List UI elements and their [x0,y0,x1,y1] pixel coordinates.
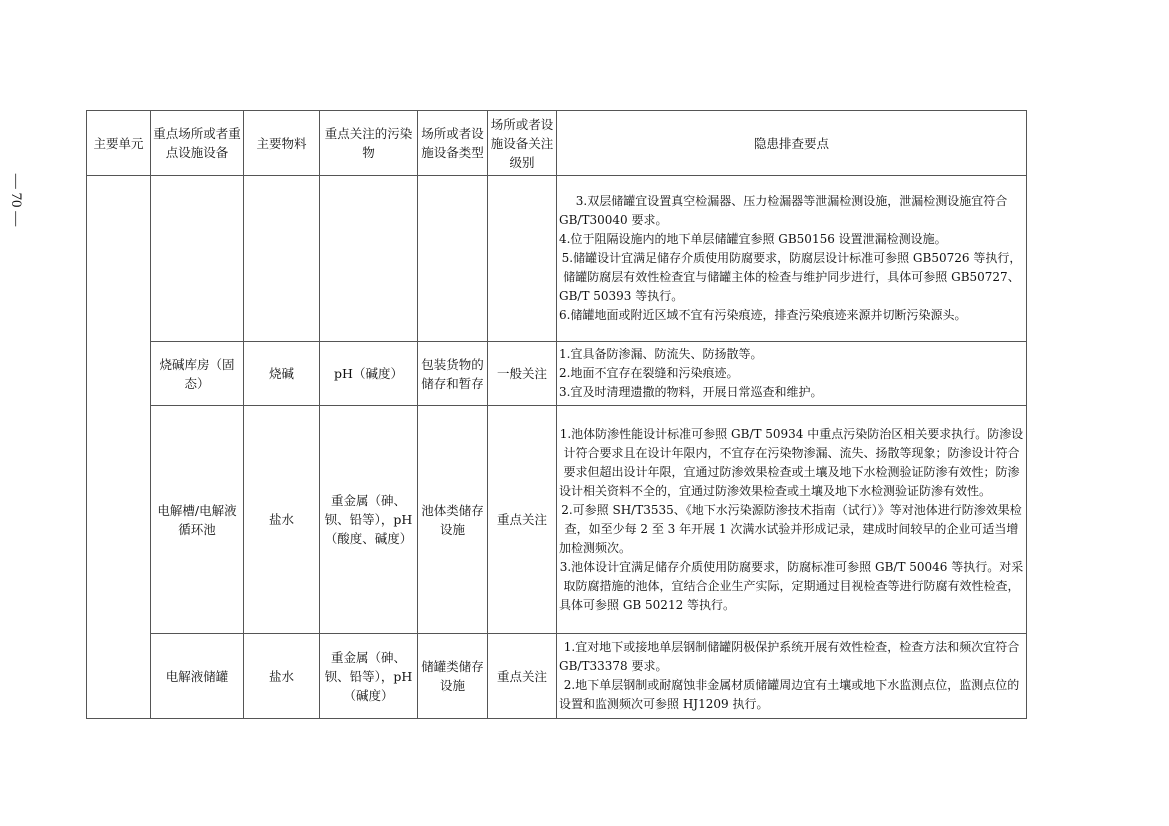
inspection-point: 2.地下单层钢制或耐腐蚀非金属材质储罐周边宜有土壤或地下水监测点位，监测点位的设… [559,676,1024,714]
cell-key-pollutant: 重金属（砷、钡、铅等），pH（酸度、碱度） [320,406,418,634]
inspection-point: 1.宜具备防渗漏、防流失、防扬散等。 [559,345,1024,364]
cell-key-site: 烧碱库房（固态） [151,342,244,406]
inspection-point: 3.池体设计宜满足储存介质使用防腐要求，防腐标准可参照 GB/T 50046 等… [559,558,1024,615]
cell-key-site [151,176,244,342]
inspection-point: 5.储罐设计宜满足储存介质使用防腐要求，防腐层设计标准可参照 GB50726 等… [559,249,1024,306]
inspection-table: 主要单元 重点场所或者重点设施设备 主要物料 重点关注的污染物 场所或者设施设备… [86,110,1027,719]
cell-attention-level: 重点关注 [488,406,557,634]
page-number: — 70 — [6,160,26,240]
inspection-point: 1.宜对地下或接地单层钢制储罐阴极保护系统开展有效性检查，检查方法和频次宜符合 … [559,638,1024,676]
cell-key-site: 电解液储罐 [151,634,244,719]
cell-attention-level [488,176,557,342]
cell-key-pollutant [320,176,418,342]
table-row: 烧碱库房（固态） 烧碱 pH（碱度） 包装货物的储存和暂存 一般关注 1.宜具备… [87,342,1027,406]
cell-key-pollutant: 重金属（砷、钡、铅等），pH（碱度） [320,634,418,719]
inspection-point: 6.储罐地面或附近区域不宜有污染痕迹，排查污染痕迹来源并切断污染源头。 [559,306,1024,325]
cell-key-site: 电解槽/电解液循环池 [151,406,244,634]
cell-inspection-points: 1.池体防渗性能设计标准可参照 GB/T 50934 中重点污染防治区相关要求执… [557,406,1027,634]
header-key-site: 重点场所或者重点设施设备 [151,111,244,176]
header-main-material: 主要物料 [244,111,320,176]
cell-main-material [244,176,320,342]
cell-facility-type: 包装货物的储存和暂存 [418,342,488,406]
header-facility-type: 场所或者设施设备类型 [418,111,488,176]
cell-facility-type: 池体类储存设施 [418,406,488,634]
header-attention-level: 场所或者设施设备关注级别 [488,111,557,176]
header-inspection-points: 隐患排查要点 [557,111,1027,176]
cell-inspection-points: 1.宜对地下或接地单层钢制储罐阴极保护系统开展有效性检查，检查方法和频次宜符合 … [557,634,1027,719]
cell-facility-type: 储罐类储存设施 [418,634,488,719]
cell-main-material: 盐水 [244,406,320,634]
table-header-row: 主要单元 重点场所或者重点设施设备 主要物料 重点关注的污染物 场所或者设施设备… [87,111,1027,176]
inspection-point: 3.双层储罐宜设置真空检漏器、压力检漏器等泄漏检测设施，泄漏检测设施宜符合 GB… [559,192,1024,230]
header-main-unit: 主要单元 [87,111,151,176]
cell-key-pollutant: pH（碱度） [320,342,418,406]
inspection-point: 2.可参照 SH/T3535、《地下水污染源防渗技术指南（试行）》等对池体进行防… [559,501,1024,558]
cell-attention-level: 一般关注 [488,342,557,406]
inspection-point: 2.地面不宜存在裂缝和污染痕迹。 [559,364,1024,383]
table-row: 3.双层储罐宜设置真空检漏器、压力检漏器等泄漏检测设施，泄漏检测设施宜符合 GB… [87,176,1027,342]
inspection-point: 3.宜及时清理遗撒的物料，开展日常巡查和维护。 [559,383,1024,402]
cell-main-material: 盐水 [244,634,320,719]
cell-inspection-points: 1.宜具备防渗漏、防流失、防扬散等。 2.地面不宜存在裂缝和污染痕迹。 3.宜及… [557,342,1027,406]
cell-main-material: 烧碱 [244,342,320,406]
cell-facility-type [418,176,488,342]
cell-inspection-points: 3.双层储罐宜设置真空检漏器、压力检漏器等泄漏检测设施，泄漏检测设施宜符合 GB… [557,176,1027,342]
cell-attention-level: 重点关注 [488,634,557,719]
inspection-point: 1.池体防渗性能设计标准可参照 GB/T 50934 中重点污染防治区相关要求执… [559,425,1024,501]
inspection-point: 4.位于阻隔设施内的地下单层储罐宜参照 GB50156 设置泄漏检测设施。 [559,230,1024,249]
table-row: 电解槽/电解液循环池 盐水 重金属（砷、钡、铅等），pH（酸度、碱度） 池体类储… [87,406,1027,634]
header-key-pollutant: 重点关注的污染物 [320,111,418,176]
cell-main-unit [87,176,151,719]
table-row: 电解液储罐 盐水 重金属（砷、钡、铅等），pH（碱度） 储罐类储存设施 重点关注… [87,634,1027,719]
